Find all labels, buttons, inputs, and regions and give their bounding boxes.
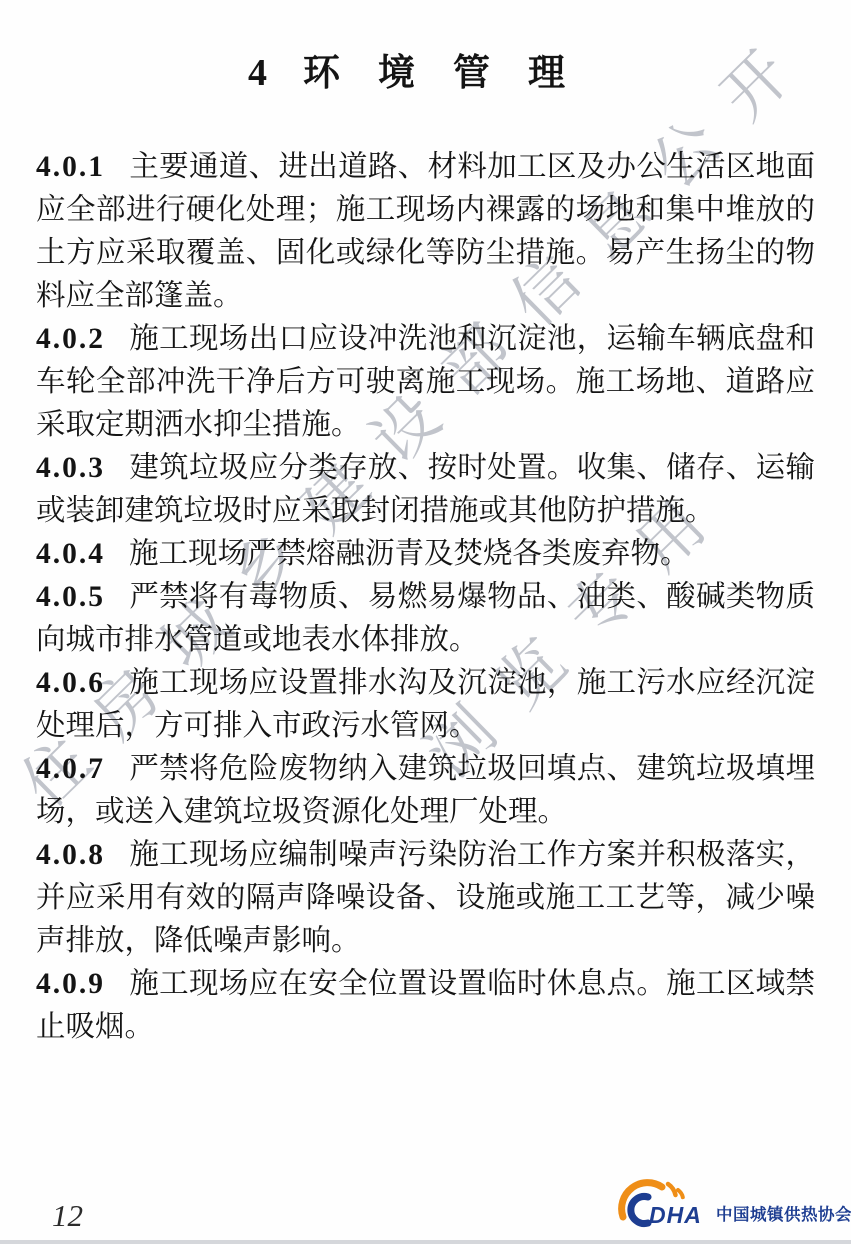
chapter-title-text: 环境管理 xyxy=(303,53,603,94)
clause-text: 施工现场出口应设冲洗池和沉淀池，运输车辆底盘和车轮全部冲洗干净后方可驶离施工现场… xyxy=(36,323,815,441)
logo-acronym: DHA xyxy=(649,1202,702,1228)
chapter-number: 4 xyxy=(248,52,267,94)
clause-text: 严禁将有毒物质、易燃易爆物品、油类、酸碱类物质向城市排水管道或地表水体排放。 xyxy=(36,581,815,656)
clause-text: 施工现场应编制噪声污染防治工作方案并积极落实，并应采用有效的隔声降噪设备、设施或… xyxy=(36,839,815,957)
clause-text: 主要通道、进出道路、材料加工区及办公生活区地面应全部进行硬化处理；施工现场内裸露… xyxy=(36,151,815,312)
clause-number: 4.0.3 xyxy=(36,452,105,484)
clause-number: 4.0.6 xyxy=(36,667,105,699)
clause-number: 4.0.2 xyxy=(36,323,105,355)
clause-text: 严禁将危险废物纳入建筑垃圾回填点、建筑垃圾填埋场，或送入建筑垃圾资源化处理厂处理… xyxy=(36,753,815,828)
clause-paragraph: 4.0.3建筑垃圾应分类存放、按时处置。收集、储存、运输或装卸建筑垃圾时应采取封… xyxy=(36,447,815,533)
logo-c-swoosh-icon xyxy=(631,1197,648,1224)
chapter-title: 4环境管理 xyxy=(0,42,851,96)
clause-number: 4.0.8 xyxy=(36,839,105,871)
clause-paragraph: 4.0.5严禁将有毒物质、易燃易爆物品、油类、酸碱类物质向城市排水管道或地表水体… xyxy=(36,576,815,662)
clause-paragraph: 4.0.6施工现场应设置排水沟及沉淀池，施工污水应经沉淀处理后，方可排入市政污水… xyxy=(36,662,815,748)
association-logo: DHA 中国城镇供热协会 xyxy=(616,1179,851,1231)
clause-number: 4.0.9 xyxy=(36,968,105,1000)
dha-logo-icon: DHA 中国城镇供热协会 xyxy=(616,1179,851,1231)
clause-text: 施工现场严禁熔融沥青及焚烧各类废弃物。 xyxy=(129,538,690,570)
page-number: 12 xyxy=(52,1198,83,1234)
clause-text: 施工现场应设置排水沟及沉淀池，施工污水应经沉淀处理后，方可排入市政污水管网。 xyxy=(36,667,815,742)
document-page: 住房城乡建设部信息公开 浏览专用 4环境管理 4.0.1主要通道、进出道路、材料… xyxy=(0,0,851,1244)
clause-number: 4.0.7 xyxy=(36,753,105,785)
logo-name: 中国城镇供热协会 xyxy=(716,1204,851,1224)
clause-paragraph: 4.0.1主要通道、进出道路、材料加工区及办公生活区地面应全部进行硬化处理；施工… xyxy=(36,146,815,318)
logo-signal-tick-icon xyxy=(678,1190,683,1197)
logo-signal-tick-icon xyxy=(668,1184,676,1195)
clause-number: 4.0.4 xyxy=(36,538,105,570)
clause-paragraph: 4.0.7严禁将危险废物纳入建筑垃圾回填点、建筑垃圾填埋场，或送入建筑垃圾资源化… xyxy=(36,748,815,834)
clause-text: 建筑垃圾应分类存放、按时处置。收集、储存、运输或装卸建筑垃圾时应采取封闭措施或其… xyxy=(36,452,815,527)
clause-list: 4.0.1主要通道、进出道路、材料加工区及办公生活区地面应全部进行硬化处理；施工… xyxy=(36,146,815,1049)
clause-paragraph: 4.0.2施工现场出口应设冲洗池和沉淀池，运输车辆底盘和车轮全部冲洗干净后方可驶… xyxy=(36,318,815,447)
clause-paragraph: 4.0.4施工现场严禁熔融沥青及焚烧各类废弃物。 xyxy=(36,533,815,576)
clause-paragraph: 4.0.9施工现场应在安全位置设置临时休息点。施工区域禁止吸烟。 xyxy=(36,963,815,1049)
page-bottom-edge xyxy=(0,1240,851,1244)
clause-paragraph: 4.0.8施工现场应编制噪声污染防治工作方案并积极落实，并应采用有效的隔声降噪设… xyxy=(36,834,815,963)
clause-number: 4.0.1 xyxy=(36,151,105,183)
clause-text: 施工现场应在安全位置设置临时休息点。施工区域禁止吸烟。 xyxy=(36,968,815,1043)
clause-number: 4.0.5 xyxy=(36,581,105,613)
